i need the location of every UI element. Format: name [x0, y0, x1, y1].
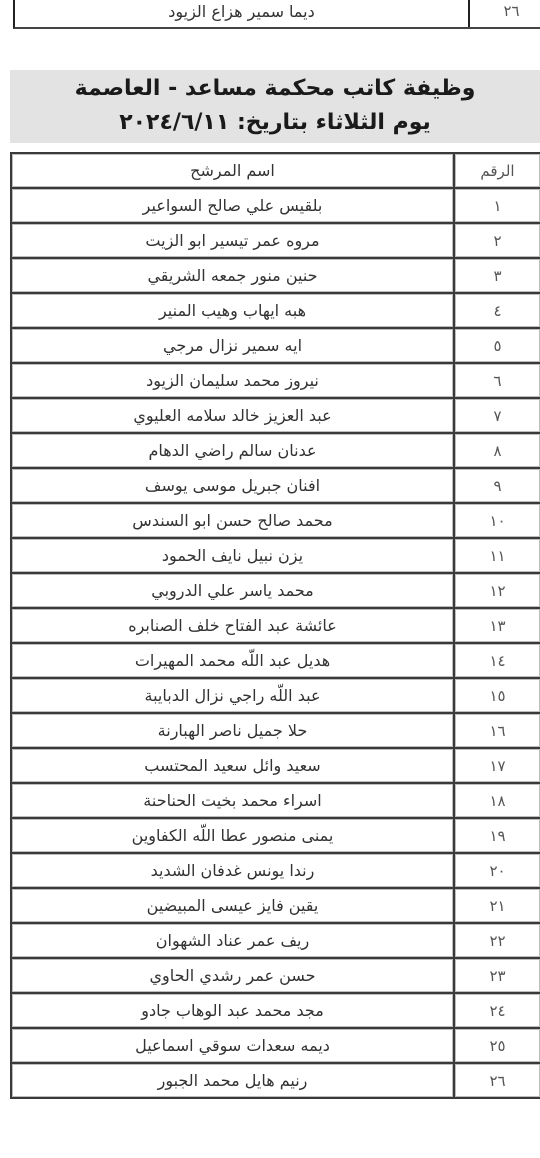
- row-number: ٦: [454, 363, 540, 398]
- column-header-name: اسم المرشح: [11, 153, 454, 188]
- table-row: ٦نيروز محمد سليمان الزيود: [11, 363, 540, 398]
- candidate-name: عبد اللّه راجي نزال الدبايبة: [11, 678, 454, 713]
- row-number: ٢: [454, 223, 540, 258]
- column-header-number: الرقم: [454, 153, 540, 188]
- candidate-name: رنيم هايل محمد الجبور: [11, 1063, 454, 1098]
- candidate-name: ديمه سعدات سوقي اسماعيل: [11, 1028, 454, 1063]
- candidate-name: ديما سمير هزاع الزيود: [15, 0, 468, 27]
- candidate-name: نيروز محمد سليمان الزيود: [11, 363, 454, 398]
- table-row: ٥ايه سمير نزال مرجي: [11, 328, 540, 363]
- table-row: ١٢محمد ياسر علي الدروبي: [11, 573, 540, 608]
- row-number: ٢١: [454, 888, 540, 923]
- table-row: ٢٢ريف عمر عناد الشهوان: [11, 923, 540, 958]
- table-row: ٢١يقين فايز عيسى المبيضين: [11, 888, 540, 923]
- row-number: ١١: [454, 538, 540, 573]
- row-number: ٩: [454, 468, 540, 503]
- candidate-name: اسراء محمد بخيت الحناحنة: [11, 783, 454, 818]
- section-header: وظيفة كاتب محكمة مساعد - العاصمة يوم الث…: [10, 70, 540, 143]
- row-number: ١٦: [454, 713, 540, 748]
- table-row: ١١يزن نبيل نايف الحمود: [11, 538, 540, 573]
- candidate-name: رندا يونس غدفان الشديد: [11, 853, 454, 888]
- candidate-name: يمنى منصور عطا اللّه الكفاوين: [11, 818, 454, 853]
- row-number: ٤: [454, 293, 540, 328]
- row-number: ٣: [454, 258, 540, 293]
- table-row: ٢٦رنيم هايل محمد الجبور: [11, 1063, 540, 1098]
- candidate-name: سعيد وائل سعيد المحتسب: [11, 748, 454, 783]
- table-row: ١٠محمد صالح حسن ابو السندس: [11, 503, 540, 538]
- candidate-name: بلقيس علي صالح السواعير: [11, 188, 454, 223]
- table-row: ٢مروه عمر تيسير ابو الزيت: [11, 223, 540, 258]
- table-row: ٢٣حسن عمر رشدي الحاوي: [11, 958, 540, 993]
- row-number: ٢٤: [454, 993, 540, 1028]
- table-row: ٢٠رندا يونس غدفان الشديد: [11, 853, 540, 888]
- row-number: ١٤: [454, 643, 540, 678]
- table-row: ١٦حلا جميل ناصر الهبارنة: [11, 713, 540, 748]
- table-row: ١بلقيس علي صالح السواعير: [11, 188, 540, 223]
- table-row: ٩افنان جبريل موسى يوسف: [11, 468, 540, 503]
- candidate-name: حسن عمر رشدي الحاوي: [11, 958, 454, 993]
- candidate-name: هبه ايهاب وهيب المنير: [11, 293, 454, 328]
- row-number: ٢٠: [454, 853, 540, 888]
- previous-table-last-row: ٢٦ ديما سمير هزاع الزيود: [13, 0, 540, 29]
- candidate-name: محمد صالح حسن ابو السندس: [11, 503, 454, 538]
- row-number: ١٩: [454, 818, 540, 853]
- table-row: ٣حنين منور جمعه الشريقي: [11, 258, 540, 293]
- row-number: ٢٣: [454, 958, 540, 993]
- table-header-row: الرقم اسم المرشح: [11, 153, 540, 188]
- table-row: ٧عبد العزيز خالد سلامه العليوي: [11, 398, 540, 433]
- candidate-name: يقين فايز عيسى المبيضين: [11, 888, 454, 923]
- candidate-name: حلا جميل ناصر الهبارنة: [11, 713, 454, 748]
- row-number: ٢٦: [468, 0, 540, 27]
- row-number: ٢٦: [454, 1063, 540, 1098]
- candidates-table: الرقم اسم المرشح ١بلقيس علي صالح السواعي…: [10, 152, 540, 1099]
- table-row: ١٧سعيد وائل سعيد المحتسب: [11, 748, 540, 783]
- candidate-name: حنين منور جمعه الشريقي: [11, 258, 454, 293]
- row-number: ١٨: [454, 783, 540, 818]
- row-number: ١٥: [454, 678, 540, 713]
- job-title: وظيفة كاتب محكمة مساعد - العاصمة: [10, 72, 540, 106]
- candidate-name: هديل عبد اللّه محمد المهيرات: [11, 643, 454, 678]
- table-row: ١٥عبد اللّه راجي نزال الدبايبة: [11, 678, 540, 713]
- table-row: ١٣عائشة عبد الفتاح خلف الصنابره: [11, 608, 540, 643]
- row-number: ١٠: [454, 503, 540, 538]
- table-row: ٢٥ديمه سعدات سوقي اسماعيل: [11, 1028, 540, 1063]
- table-row: ١٨اسراء محمد بخيت الحناحنة: [11, 783, 540, 818]
- candidate-name: مجد محمد عبد الوهاب جادو: [11, 993, 454, 1028]
- candidate-name: يزن نبيل نايف الحمود: [11, 538, 454, 573]
- candidate-name: عائشة عبد الفتاح خلف الصنابره: [11, 608, 454, 643]
- candidate-name: مروه عمر تيسير ابو الزيت: [11, 223, 454, 258]
- table-row: ١٤هديل عبد اللّه محمد المهيرات: [11, 643, 540, 678]
- table-row: ١٩يمنى منصور عطا اللّه الكفاوين: [11, 818, 540, 853]
- candidate-name: عبد العزيز خالد سلامه العليوي: [11, 398, 454, 433]
- table-row: ٨عدنان سالم راضي الدهام: [11, 433, 540, 468]
- candidate-name: ريف عمر عناد الشهوان: [11, 923, 454, 958]
- row-number: ١٧: [454, 748, 540, 783]
- row-number: ١: [454, 188, 540, 223]
- row-number: ١٢: [454, 573, 540, 608]
- row-number: ٢٥: [454, 1028, 540, 1063]
- candidate-name: ايه سمير نزال مرجي: [11, 328, 454, 363]
- table-row: ٤هبه ايهاب وهيب المنير: [11, 293, 540, 328]
- row-number: ٢٢: [454, 923, 540, 958]
- row-number: ١٣: [454, 608, 540, 643]
- row-number: ٧: [454, 398, 540, 433]
- candidate-name: عدنان سالم راضي الدهام: [11, 433, 454, 468]
- table-row: ٢٤مجد محمد عبد الوهاب جادو: [11, 993, 540, 1028]
- candidate-name: محمد ياسر علي الدروبي: [11, 573, 454, 608]
- exam-date: يوم الثلاثاء بتاريخ: ٢٠٢٤/٦/١١: [10, 106, 540, 140]
- row-number: ٥: [454, 328, 540, 363]
- row-number: ٨: [454, 433, 540, 468]
- table-body: ١بلقيس علي صالح السواعير٢مروه عمر تيسير …: [11, 188, 540, 1098]
- candidate-name: افنان جبريل موسى يوسف: [11, 468, 454, 503]
